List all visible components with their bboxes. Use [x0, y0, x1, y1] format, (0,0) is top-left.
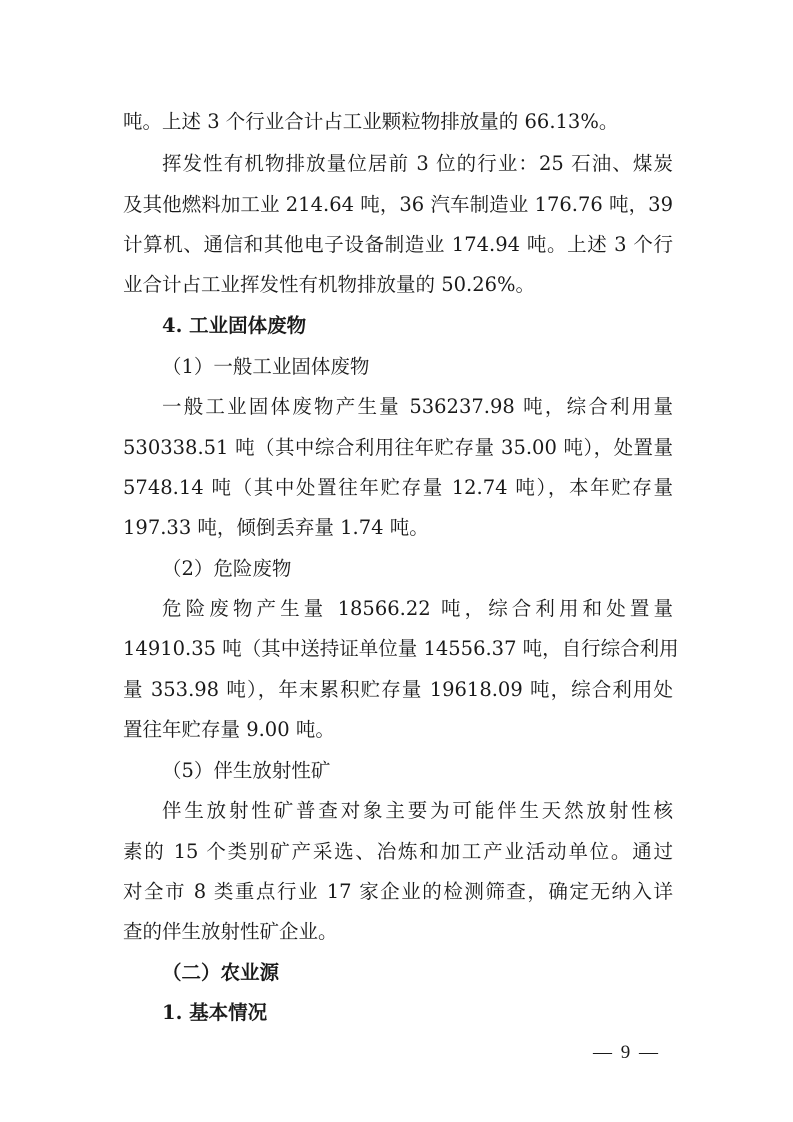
- paragraph-line: 及其他燃料加工业 214.64 吨，36 汽车制造业 176.76 吨，39: [123, 193, 673, 217]
- paragraph-line: 5748.14 吨（其中处置往年贮存量 12.74 吨），本年贮存量: [123, 476, 673, 500]
- paragraph-line: 197.33 吨，倾倒丢弃量 1.74 吨。: [123, 516, 673, 540]
- paragraph-line: 伴生放射性矿普查对象主要为可能伴生天然放射性核: [162, 799, 673, 823]
- paragraph-line: 查的伴生放射性矿企业。: [123, 920, 673, 944]
- paragraph-line: 危险废物产生量 18566.22 吨，综合利用和处置量: [162, 597, 673, 621]
- paragraph-line: 挥发性有机物排放量位居前 3 位的行业：25 石油、煤炭: [162, 152, 673, 176]
- paragraph-line: 14910.35 吨（其中送持证单位量 14556.37 吨，自行综合利用: [123, 637, 673, 661]
- section-heading: （二）农业源: [162, 961, 673, 985]
- subsection-heading: （1）一般工业固体废物: [162, 355, 673, 379]
- paragraph-line: 置往年贮存量 9.00 吨。: [123, 718, 673, 742]
- document-page: 吨。上述 3 个行业合计占工业颗粒物排放量的 66.13%。 挥发性有机物排放量…: [0, 0, 793, 1122]
- paragraph-line: 吨。上述 3 个行业合计占工业颗粒物排放量的 66.13%。: [123, 110, 673, 134]
- page-number: — 9 —: [593, 1042, 660, 1064]
- paragraph-line: 计算机、通信和其他电子设备制造业 174.94 吨。上述 3 个行: [123, 233, 673, 257]
- subsection-heading: （5）伴生放射性矿: [162, 759, 673, 783]
- section-heading: 1. 基本情况: [162, 1001, 673, 1025]
- paragraph-line: 素的 15 个类别矿产采选、冶炼和加工产业活动单位。通过: [123, 840, 673, 864]
- paragraph-line: 530338.51 吨（其中综合利用往年贮存量 35.00 吨），处置量: [123, 436, 673, 460]
- paragraph-line: 一般工业固体废物产生量 536237.98 吨，综合利用量: [162, 395, 673, 419]
- subsection-heading: （2）危险废物: [162, 557, 673, 581]
- paragraph-line: 对全市 8 类重点行业 17 家企业的检测筛查，确定无纳入详: [123, 880, 673, 904]
- section-heading: 4. 工业固体废物: [162, 314, 673, 338]
- paragraph-line: 量 353.98 吨），年末累积贮存量 19618.09 吨，综合利用处: [123, 678, 673, 702]
- paragraph-line: 业合计占工业挥发性有机物排放量的 50.26%。: [123, 273, 673, 297]
